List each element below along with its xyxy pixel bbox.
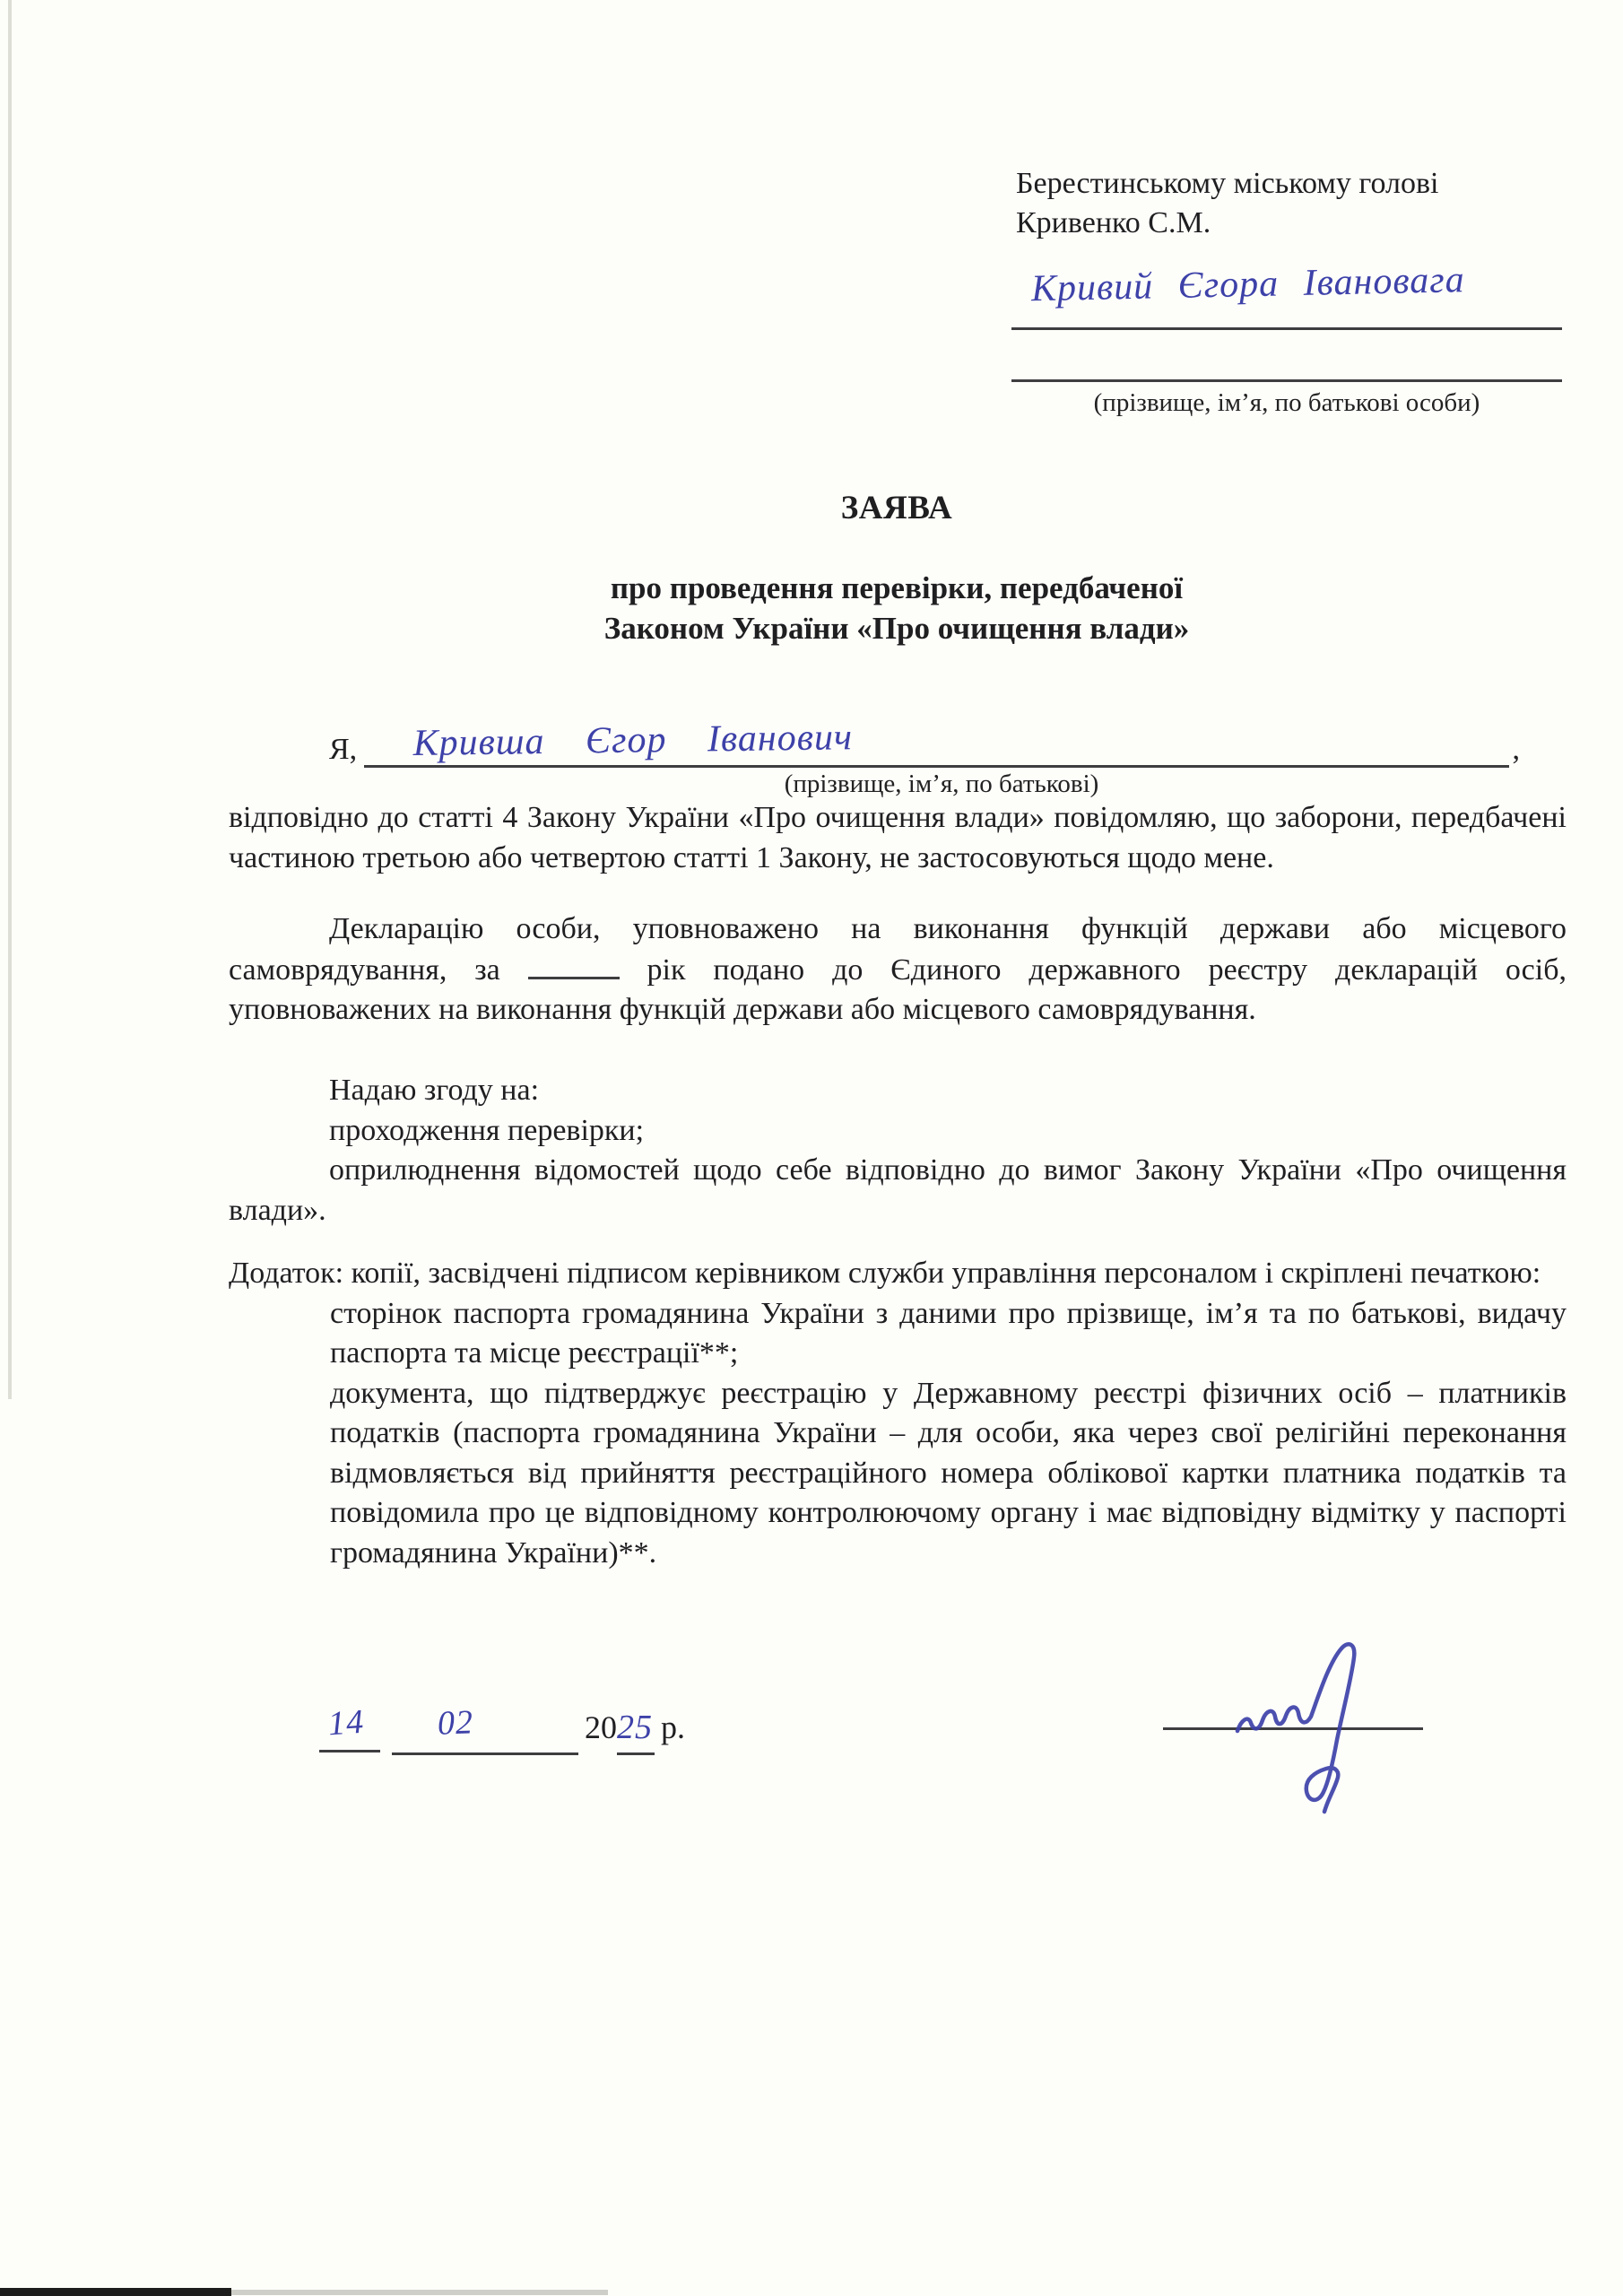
- signature-underline: [1011, 327, 1562, 330]
- attachment-intro-line: Додаток: копії, засвідчені підписом кері…: [229, 1254, 1567, 1294]
- subtitle-line2: Законом України «Про очищення влади»: [229, 608, 1565, 648]
- statement-paragraph-2: Декларацію особи, уповноважено на викона…: [229, 909, 1567, 1031]
- handwritten-date-day: 14: [327, 1702, 366, 1744]
- pronoun-label: Я,: [329, 732, 357, 768]
- date-month-underline: [392, 1752, 578, 1755]
- attachment-label: Додаток:: [229, 1257, 343, 1290]
- attachment-section: Додаток: копії, засвідчені підписом кері…: [229, 1254, 1567, 1573]
- name-caption: (прізвище, ім’я, по батькові особи): [1011, 388, 1562, 418]
- consent-section: Надаю згоду на: проходження перевірки; о…: [229, 1071, 1567, 1231]
- handwritten-date-month: 02: [437, 1702, 474, 1743]
- name-caption: (прізвище, ім’я, по батькові): [390, 770, 1493, 799]
- scan-edge-artifact: [8, 0, 12, 1399]
- attachment-item-2: документа, що підтверджує реєстрацію у Д…: [330, 1374, 1567, 1574]
- addressee-line1: Берестинському міському голові: [1016, 164, 1590, 204]
- document-subtitle: про проведення перевірки, передбаченої З…: [229, 568, 1565, 648]
- fill-in-line: Кривша Єгор Іванович: [364, 726, 1508, 768]
- handwritten-applicant-name-body: Кривша Єгор Іванович: [413, 716, 854, 765]
- statement-name-row: Я, Кривша Єгор Іванович ,: [229, 728, 1520, 768]
- scanned-document-page: Берестинському міському голові Кривенко …: [0, 0, 1623, 2296]
- date-year-printed: 20: [585, 1709, 617, 1745]
- consent-intro: Надаю згоду на:: [229, 1071, 1567, 1111]
- trailing-comma: ,: [1513, 732, 1521, 768]
- date-year-underline: [617, 1752, 655, 1755]
- addressee-block: Берестинському міському голові Кривенко …: [1016, 164, 1590, 243]
- scan-bottom-artifact-faint: [231, 2290, 608, 2295]
- consent-item-1: проходження перевірки;: [229, 1111, 1567, 1152]
- date-year: 2025 р.: [585, 1708, 685, 1747]
- blank-year-field: [528, 950, 620, 979]
- date-year-suffix: р.: [653, 1709, 685, 1745]
- handwritten-date-year: 25: [617, 1709, 653, 1746]
- consent-item-2: оприлюднення відомостей щодо себе відпов…: [229, 1151, 1567, 1231]
- document-title: ЗАЯВА: [229, 489, 1565, 527]
- handwritten-signature: [1221, 1638, 1436, 1817]
- attachment-intro: копії, засвідчені підписом керівником сл…: [352, 1257, 1541, 1290]
- signature-underline: [1011, 379, 1562, 382]
- scan-bottom-artifact: [0, 2288, 231, 2296]
- addressee-line2: Кривенко С.М.: [1016, 204, 1590, 243]
- handwritten-applicant-name-top: Кривий Єгора Івановага: [1031, 257, 1570, 311]
- date-day-underline: [319, 1750, 380, 1752]
- subtitle-line1: про проведення перевірки, передбаченої: [229, 568, 1565, 608]
- attachment-item-1: сторінок паспорта громадянина України з …: [330, 1294, 1567, 1374]
- statement-paragraph-1: відповідно до статті 4 Закону України «П…: [229, 798, 1567, 878]
